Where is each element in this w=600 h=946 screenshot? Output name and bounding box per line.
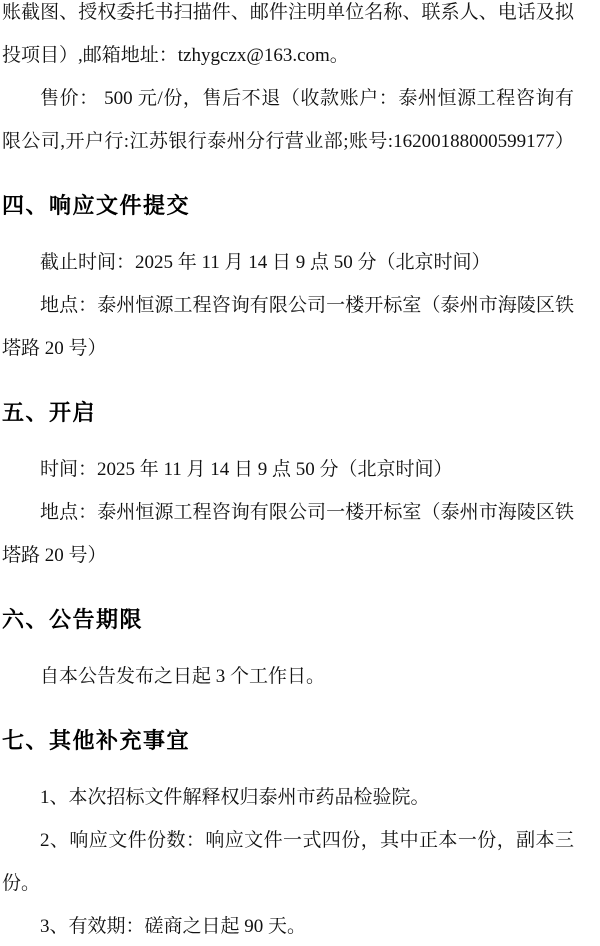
section4-heading: 四、响应文件提交 (2, 191, 574, 221)
section4-deadline: 截止时间：2025 年 11 月 14 日 9 点 50 分（北京时间） (2, 241, 574, 284)
section6-heading: 六、公告期限 (2, 605, 574, 635)
section7-item-2-line-2: 份。 (2, 862, 574, 905)
section7-item-1: 1、本次招标文件解释权归泰州市药品检验院。 (2, 776, 574, 819)
section4-place-line-2: 塔路 20 号） (2, 327, 574, 370)
section4-place-line-1: 地点：泰州恒源工程咨询有限公司一楼开标室（泰州市海陵区铁 (2, 284, 574, 327)
section6-period: 自本公告发布之日起 3 个工作日。 (2, 655, 574, 698)
intro-line-4: 限公司,开户行:江苏银行泰州分行营业部;账号:16200188000599177… (2, 120, 574, 163)
section5-place-line-1: 地点：泰州恒源工程咨询有限公司一楼开标室（泰州市海陵区铁 (2, 491, 574, 534)
intro-line-1: 账截图、授权委托书扫描件、邮件注明单位名称、联系人、电话及拟 (2, 0, 574, 34)
document-page: 账截图、授权委托书扫描件、邮件注明单位名称、联系人、电话及拟 投项目）,邮箱地址… (0, 0, 600, 946)
intro-line-2: 投项目）,邮箱地址：tzhygczx@163.com。 (2, 34, 574, 77)
section5-heading: 五、开启 (2, 398, 574, 428)
section7-heading: 七、其他补充事宜 (2, 726, 574, 756)
intro-line-3: 售价： 500 元/份，售后不退（收款账户：泰州恒源工程咨询有 (2, 77, 574, 120)
section5-time: 时间：2025 年 11 月 14 日 9 点 50 分（北京时间） (2, 448, 574, 491)
section7-item-3: 3、有效期：磋商之日起 90 天。 (2, 905, 574, 946)
section7-item-2-line-1: 2、响应文件份数：响应文件一式四份，其中正本一份，副本三 (2, 819, 574, 862)
section5-place-line-2: 塔路 20 号） (2, 534, 574, 577)
